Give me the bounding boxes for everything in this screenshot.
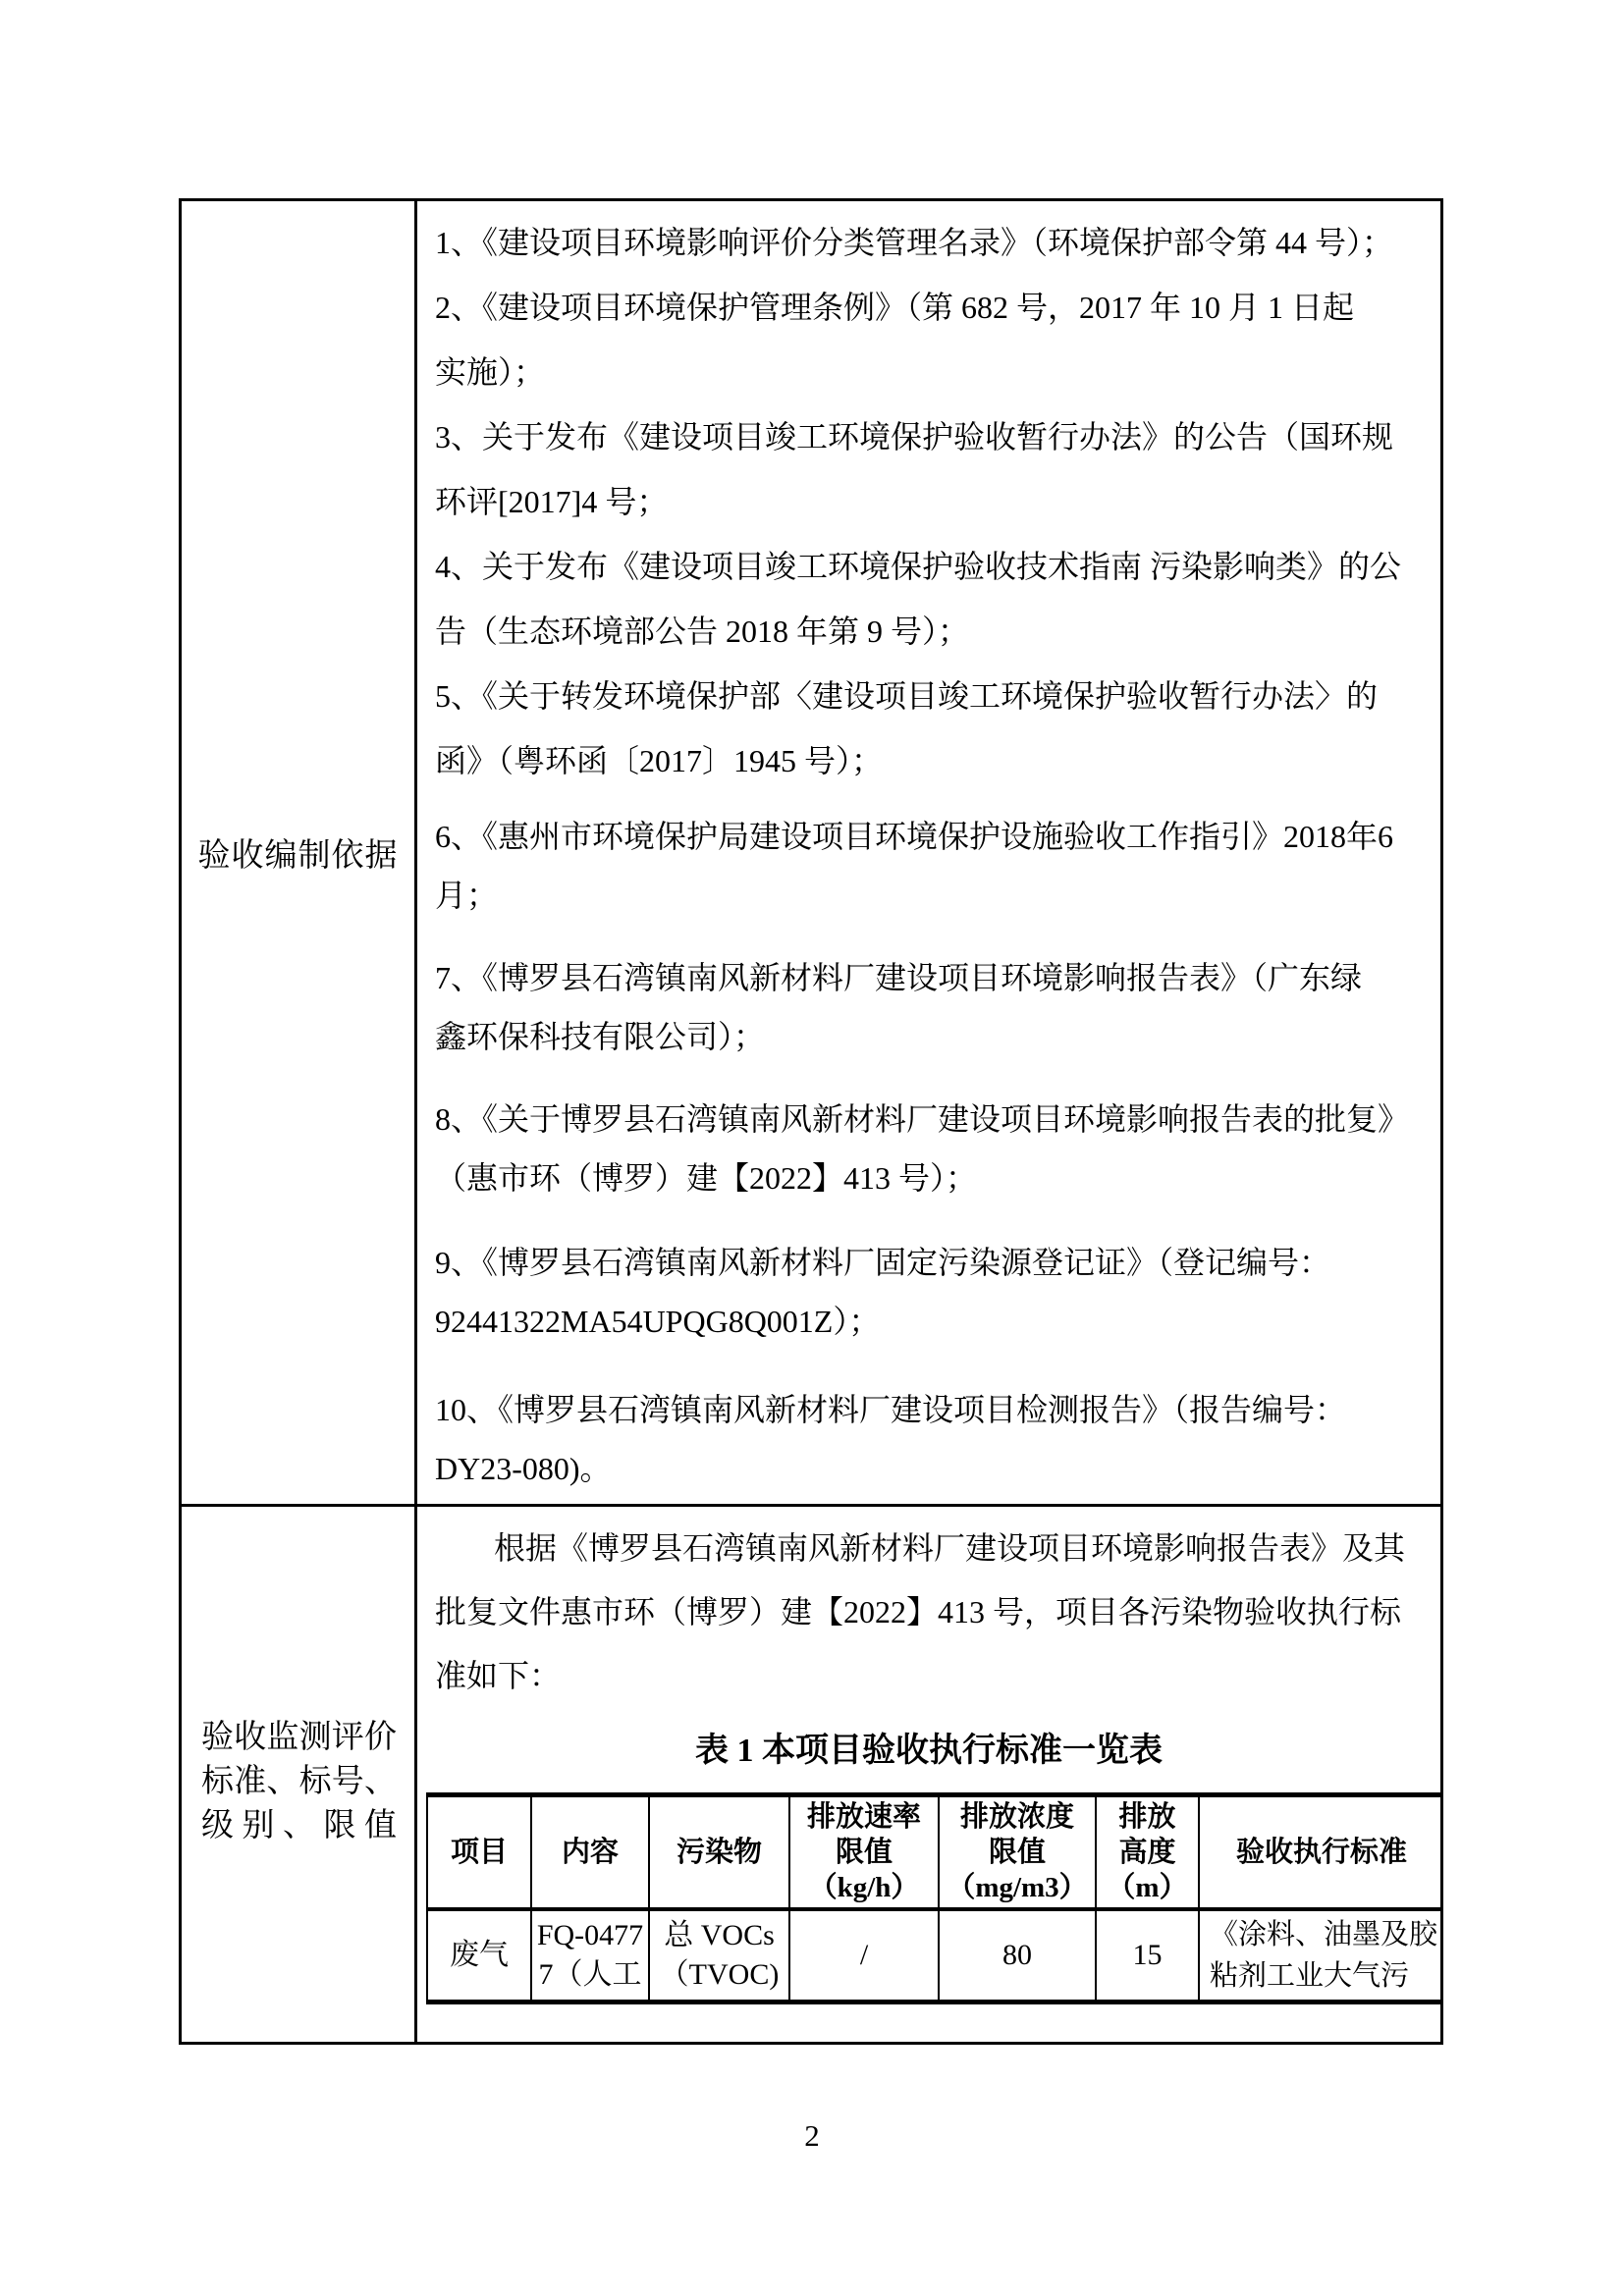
header-cell-content: 内容 [531,1795,649,1910]
standards-table: 项目 内容 污染物 排放速率 限值 （kg/h） [426,1792,1440,2004]
basis-line: 环评[2017]4 号； [435,469,1438,534]
acceptance-form-table: 验收编制依据 1、《建设项目环境影响评价分类管理名录》（环境保护部令第 44 号… [179,198,1443,2045]
header-cell-pollutant: 污染物 [649,1795,789,1910]
header-cell-concentration-limit: 排放浓度 限值 （mg/m3） [939,1795,1096,1910]
cell-standard: 《涂料、油墨及胶 粘剂工业大气污 [1199,1909,1440,2002]
monitoring-standards-content: 根据《博罗县石湾镇南风新材料厂建设项目环境影响报告表》及其 批复文件惠市环（博罗… [417,1507,1440,2042]
basis-line: 2、《建设项目环境保护管理条例》（第 682 号，2017 年 10 月 1 日… [435,275,1438,340]
basis-line: 8、《关于博罗县石湾镇南风新材料厂建设项目环境影响报告表的批复》 [435,1090,1438,1148]
basis-line: 92441322MA54UPQG8Q001Z）； [435,1292,1438,1351]
basis-line: 1、《建设项目环境影响评价分类管理名录》（环境保护部令第 44 号）； [435,210,1438,275]
intro-line: 批复文件惠市环（博罗）建【2022】413 号，项目各污染物验收执行标 [435,1580,1438,1644]
cell-project: 废气 [427,1909,531,2002]
basis-line: 月； [435,866,1438,925]
table1-caption: 表 1 本项目验收执行标准一览表 [417,1720,1440,1783]
page-number: 2 [0,2118,1624,2154]
intro-line: 根据《博罗县石湾镇南风新材料厂建设项目环境影响报告表》及其 [435,1517,1438,1580]
row-label-text-line: 验收监测评价 [201,1716,397,1760]
basis-line: 7、《博罗县石湾镇南风新材料厂建设项目环境影响报告表》（广东绿 [435,948,1438,1007]
basis-line: 6、《惠州市环境保护局建设项目环境保护设施验收工作指引》2018年6 [435,807,1438,866]
standards-data-row: 废气 FQ-0477 7（人工 总 VOCs （TVOC) / [427,1909,1440,2002]
intro-line: 准如下： [435,1644,1438,1708]
basis-line: DY23-080)。 [435,1439,1438,1498]
cell-pollutant: 总 VOCs （TVOC) [649,1909,789,2002]
basis-line: 3、关于发布《建设项目竣工环境保护验收暂行办法》的公告（国环规 [435,404,1438,469]
cell-height: 15 [1096,1909,1199,2002]
header-cell-rate-limit: 排放速率 限值 （kg/h） [789,1795,939,1910]
cell-content: FQ-0477 7（人工 [531,1909,649,2002]
standards-intro-paragraph: 根据《博罗县石湾镇南风新材料厂建设项目环境影响报告表》及其 批复文件惠市环（博罗… [417,1517,1440,1708]
row-label-text-line: 级别、限值 [201,1804,397,1848]
row-label-text-line: 标准、标号、 [201,1760,397,1804]
basis-line: 10、《博罗县石湾镇南风新材料厂建设项目检测报告》（报告编号： [435,1380,1438,1439]
compilation-basis-content: 1、《建设项目环境影响评价分类管理名录》（环境保护部令第 44 号）； 2、《建… [417,201,1440,1507]
basis-line: 告（生态环境部公告 2018 年第 9 号）； [435,599,1438,664]
basis-line: 实施）； [435,340,1438,404]
standards-header-row: 项目 内容 污染物 排放速率 限值 （kg/h） [427,1795,1440,1910]
basis-line: 9、《博罗县石湾镇南风新材料厂固定污染源登记证》（登记编号： [435,1233,1438,1292]
basis-line: 4、关于发布《建设项目竣工环境保护验收技术指南 污染影响类》的公 [435,534,1438,599]
basis-line: 函》（粤环函〔2017〕1945 号）； [435,728,1438,793]
basis-line: （惠市环（博罗）建【2022】413 号）； [435,1148,1438,1207]
header-cell-standard: 验收执行标准 [1199,1795,1440,1910]
header-cell-height: 排放 高度 （m） [1096,1795,1199,1910]
row-label-monitoring-standards: 验收监测评价 标准、标号、 级别、限值 [182,1507,417,2042]
header-cell-project: 项目 [427,1795,531,1910]
document-page: 验收编制依据 1、《建设项目环境影响评价分类管理名录》（环境保护部令第 44 号… [0,0,1624,2296]
row-label-text: 验收编制依据 [198,829,399,876]
basis-line: 5、《关于转发环境保护部〈建设项目竣工环境保护验收暂行办法〉的 [435,664,1438,728]
cell-rate-limit: / [789,1909,939,2002]
row-label-compilation-basis: 验收编制依据 [182,201,417,1507]
basis-line: 鑫环保科技有限公司）； [435,1007,1438,1066]
cell-concentration-limit: 80 [939,1909,1096,2002]
